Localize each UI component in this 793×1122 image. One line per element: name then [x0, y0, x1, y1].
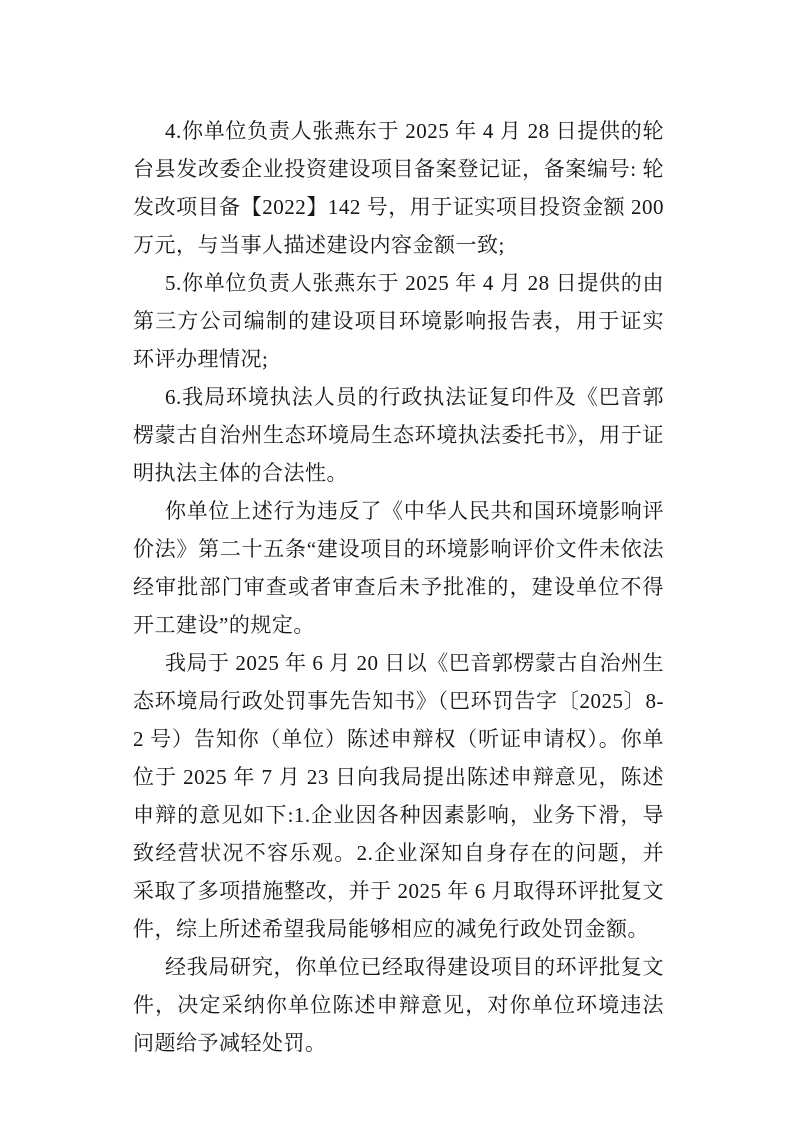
paragraph-notification-and-defense: 我局于 2025 年 6 月 20 日以《巴音郭楞蒙古自治州生态环境局行政处罚事… — [133, 644, 664, 948]
paragraph-evidence-4: 4.你单位负责人张燕东于 2025 年 4 月 28 日提供的轮台县发改委企业投… — [133, 112, 664, 264]
document-text-block: 4.你单位负责人张燕东于 2025 年 4 月 28 日提供的轮台县发改委企业投… — [133, 112, 664, 1062]
document-page: 4.你单位负责人张燕东于 2025 年 4 月 28 日提供的轮台县发改委企业投… — [0, 0, 793, 1122]
paragraph-violation-statement: 你单位上述行为违反了《中华人民共和国环境影响评价法》第二十五条“建设项目的环境影… — [133, 492, 664, 644]
paragraph-evidence-5: 5.你单位负责人张燕东于 2025 年 4 月 28 日提供的由第三方公司编制的… — [133, 264, 664, 378]
paragraph-decision: 经我局研究，你单位已经取得建设项目的环评批复文件，决定采纳你单位陈述申辩意见，对… — [133, 948, 664, 1062]
paragraph-evidence-6: 6.我局环境执法人员的行政执法证复印件及《巴音郭楞蒙古自治州生态环境局生态环境执… — [133, 378, 664, 492]
